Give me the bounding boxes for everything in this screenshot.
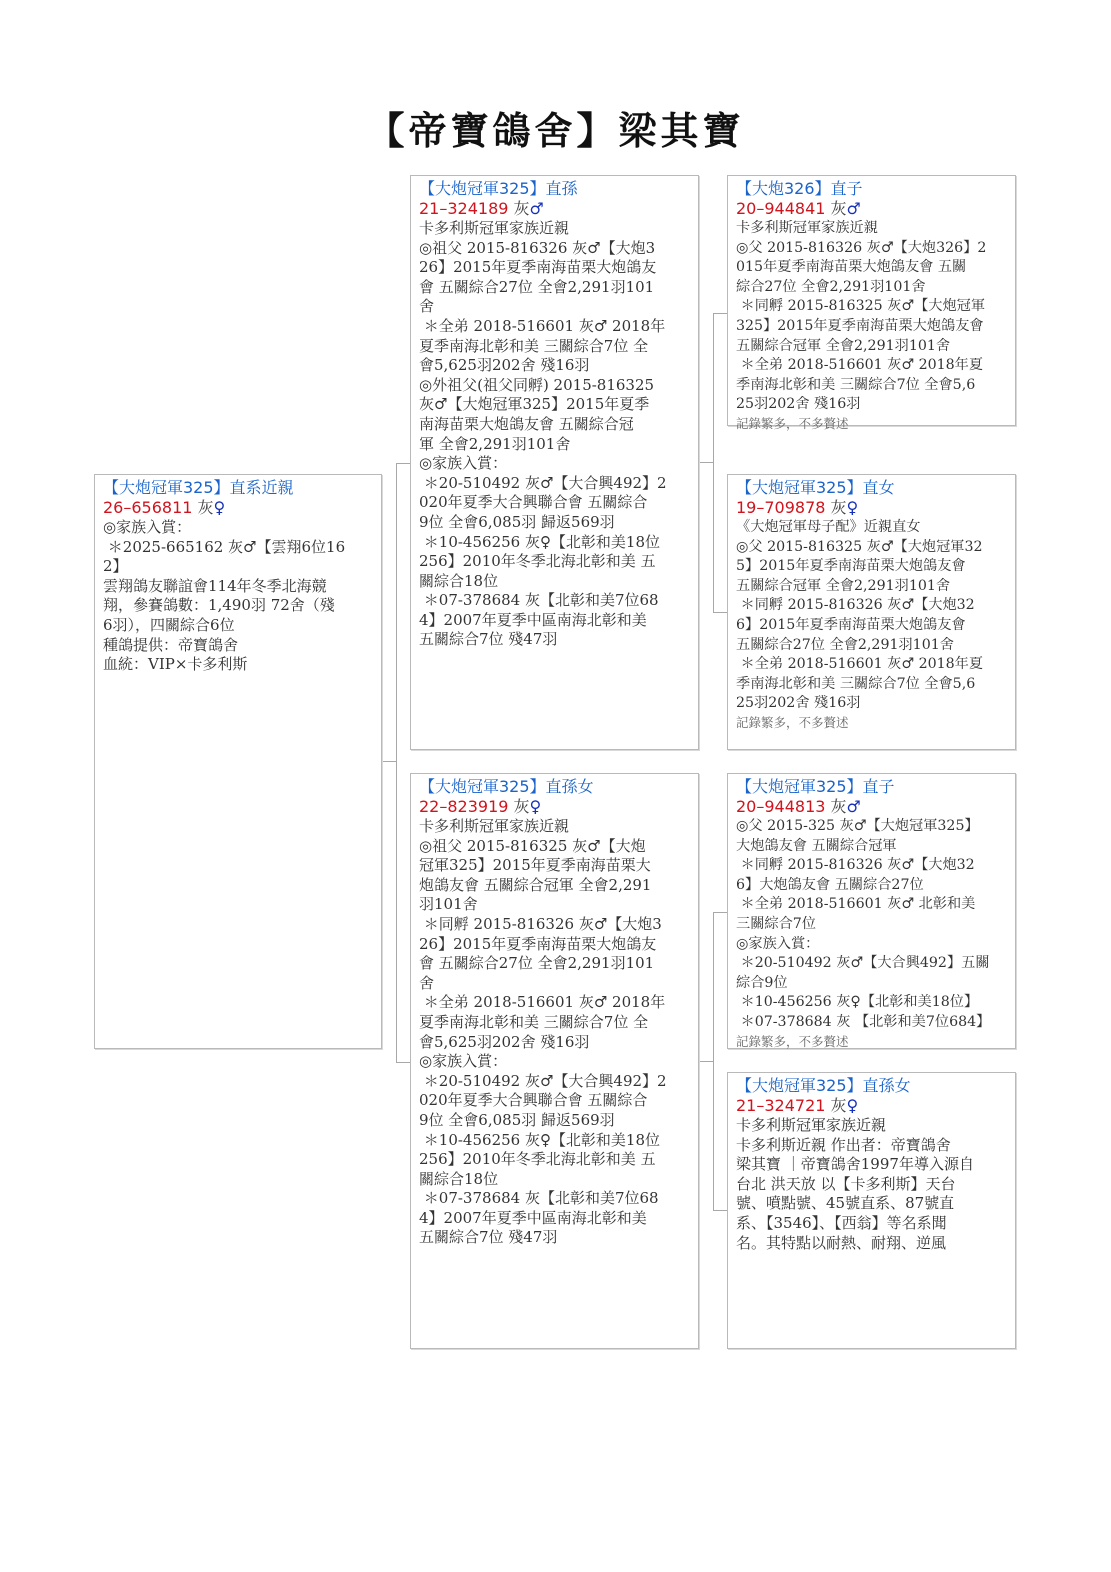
color-label: 灰 <box>831 797 847 816</box>
pedigree-card-dam-sire: 【大炮冠軍325】直子 20–944813 灰♂ ◎父 2015-325 灰♂【… <box>727 773 1016 1049</box>
ring-number: 21–324721 <box>736 1096 825 1115</box>
records-note: 記錄繁多，不多贅述 <box>736 714 1007 732</box>
text-line: 015年夏季南海苗栗大炮鴿友會 五關 <box>736 258 1007 278</box>
text-line: ＊同孵 2015-816326 灰♂【大炮32 <box>736 596 1007 616</box>
text-line: ＊2025-665162 灰♂【雲翔6位16 <box>103 538 373 558</box>
ring-number-line: 19–709878 灰♀ <box>736 498 1007 518</box>
text-line: 五關綜合冠軍 全會2,291羽101舍 <box>736 577 1007 597</box>
text-line: 號、噴點號、45號直系、87號直 <box>736 1194 1007 1214</box>
text-line: 5】2015年夏季南海苗栗大炮鴿友會 <box>736 557 1007 577</box>
card-body: 卡多利斯冠軍家族近親 ◎祖父 2015-816325 灰♂【大炮 冠軍325】2… <box>419 817 690 1248</box>
female-icon: ♀ <box>847 1096 859 1115</box>
text-line: 夏季南海北彰和美 三關綜合7位 全 <box>419 337 690 357</box>
pedigree-card-dam: 【大炮冠軍325】直孫女 22–823919 灰♀ 卡多利斯冠軍家族近親 ◎祖父… <box>410 773 699 1349</box>
text-line: 關綜合18位 <box>419 572 690 592</box>
text-line: ＊全弟 2018-516601 灰♂ 2018年 <box>419 317 690 337</box>
connector-to-dam-sire <box>713 912 727 913</box>
text-line: 冠軍325】2015年夏季南海苗栗大 <box>419 856 690 876</box>
ring-number: 26–656811 <box>103 498 192 517</box>
text-line: 羽101舍 <box>419 895 690 915</box>
color-label: 灰 <box>831 199 847 218</box>
text-line: 灰♂【大炮冠軍325】2015年夏季 <box>419 395 690 415</box>
text-line: 會 五關綜合27位 全會2,291羽101 <box>419 954 690 974</box>
text-line: ◎外祖父(祖父同孵) 2015-816325 <box>419 376 690 396</box>
female-icon: ♀ <box>847 498 859 517</box>
text-line: 6】2015年夏季南海苗栗大炮鴿友會 <box>736 616 1007 636</box>
text-line: ◎父 2015-325 灰♂【大炮冠軍325】 <box>736 817 1007 837</box>
pedigree-card-sire: 【大炮冠軍325】直孫 21–324189 灰♂ 卡多利斯冠軍家族近親 ◎祖父 … <box>410 175 699 750</box>
connector-to-dam-dam <box>713 1210 727 1211</box>
text-line: 台北 洪天放 以【卡多利斯】天台 <box>736 1175 1007 1195</box>
color-label: 灰 <box>514 199 530 218</box>
connector-sire-vertical <box>713 313 714 613</box>
connector-sire-out <box>698 462 713 463</box>
ring-number-line: 26–656811 灰♀ <box>103 498 373 518</box>
ring-number-line: 20–944813 灰♂ <box>736 797 1007 817</box>
page-title: 【帝寶鴿舍】梁其寶 <box>0 100 1111 155</box>
text-line: 9位 全會6,085羽 歸返569羽 <box>419 513 690 533</box>
text-line: 020年夏季大合興聯合會 五關綜合 <box>419 1091 690 1111</box>
text-line: ◎家族入賞： <box>103 518 373 538</box>
text-line: ＊20-510492 灰♂【大合興492】2 <box>419 474 690 494</box>
text-line: 種鴿提供：帝寶鴿舍 <box>103 636 373 656</box>
connector-dam-out <box>698 1061 713 1062</box>
card-header: 【大炮326】直子 <box>736 179 1007 199</box>
ring-number-line: 22–823919 灰♀ <box>419 797 690 817</box>
connector-subject-vertical <box>396 463 397 1063</box>
text-line: ＊20-510492 灰♂【大合興492】2 <box>419 1072 690 1092</box>
card-body: ◎父 2015-325 灰♂【大炮冠軍325】 大炮鴿友會 五關綜合冠軍 ＊同孵… <box>736 817 1007 1033</box>
male-icon: ♂ <box>847 199 861 218</box>
card-header: 【大炮冠軍325】直孫 <box>419 179 690 199</box>
connector-to-sire <box>396 463 410 464</box>
card-body: 《大炮冠軍母子配》近親直女 ◎父 2015-816325 灰♂【大炮冠軍32 5… <box>736 518 1007 714</box>
pedigree-card-subject: 【大炮冠軍325】直系近親 26–656811 灰♀ ◎家族入賞： ＊2025-… <box>94 474 382 1049</box>
text-line: 綜合9位 <box>736 974 1007 994</box>
ring-number: 19–709878 <box>736 498 825 517</box>
text-line: 26】2015年夏季南海苗栗大炮鴿友 <box>419 258 690 278</box>
text-line: ＊同孵 2015-816325 灰♂【大炮冠軍 <box>736 297 1007 317</box>
text-line: 翔，參賽鴿數：1,490羽 72舍（殘 <box>103 596 373 616</box>
text-line: 卡多利斯冠軍家族近親 <box>736 219 1007 239</box>
text-line: 9位 全會6,085羽 歸返569羽 <box>419 1111 690 1131</box>
text-line: 6羽），四關綜合6位 <box>103 616 373 636</box>
connector-to-dam <box>396 1062 410 1063</box>
text-line: 舍 <box>419 974 690 994</box>
card-header: 【大炮冠軍325】直系近親 <box>103 478 373 498</box>
color-label: 灰 <box>198 498 214 517</box>
text-line: 卡多利斯近親 作出者：帝寶鴿舍 <box>736 1136 1007 1156</box>
text-line: 關綜合18位 <box>419 1170 690 1190</box>
text-line: ◎家族入賞： <box>419 1052 690 1072</box>
text-line: 卡多利斯冠軍家族近親 <box>736 1116 1007 1136</box>
text-line: ＊全弟 2018-516601 灰♂ 2018年夏 <box>736 655 1007 675</box>
ring-number-line: 21–324189 灰♂ <box>419 199 690 219</box>
card-header: 【大炮冠軍325】直孫女 <box>419 777 690 797</box>
text-line: 25羽202舍 殘16羽 <box>736 395 1007 415</box>
text-line: ＊20-510492 灰♂【大合興492】五關 <box>736 954 1007 974</box>
text-line: ＊10-456256 灰♀【北彰和美18位 <box>419 533 690 553</box>
text-line: 季南海北彰和美 三關綜合7位 全會5,6 <box>736 675 1007 695</box>
text-line: 五關綜合冠軍 全會2,291羽101舍 <box>736 337 1007 357</box>
card-body: 卡多利斯冠軍家族近親 ◎父 2015-816326 灰♂【大炮326】2 015… <box>736 219 1007 415</box>
text-line: 卡多利斯冠軍家族近親 <box>419 817 690 837</box>
color-label: 灰 <box>831 1096 847 1115</box>
text-line: 020年夏季大合興聯合會 五關綜合 <box>419 493 690 513</box>
text-line: ＊全弟 2018-516601 灰♂ 北彰和美 <box>736 895 1007 915</box>
card-header: 【大炮冠軍325】直孫女 <box>736 1076 1007 1096</box>
female-icon: ♀ <box>214 498 226 517</box>
records-note: 記錄繁多，不多贅述 <box>736 1033 1007 1051</box>
text-line: ◎家族入賞： <box>736 935 1007 955</box>
text-line: 三關綜合7位 <box>736 915 1007 935</box>
text-line: 舍 <box>419 297 690 317</box>
text-line: ◎家族入賞： <box>419 454 690 474</box>
text-line: ◎祖父 2015-816326 灰♂【大炮3 <box>419 239 690 259</box>
text-line: 名。其特點以耐熱、耐翔、逆風 <box>736 1234 1007 1254</box>
card-header: 【大炮冠軍325】直女 <box>736 478 1007 498</box>
text-line: 雲翔鴿友聯誼會114年冬季北海競 <box>103 577 373 597</box>
text-line: 4】2007年夏季中區南海北彰和美 <box>419 1209 690 1229</box>
card-body: 卡多利斯冠軍家族近親 ◎祖父 2015-816326 灰♂【大炮3 26】201… <box>419 219 690 650</box>
text-line: 梁其寶 ｜帝寶鴿舍1997年導入源自 <box>736 1155 1007 1175</box>
female-icon: ♀ <box>530 797 542 816</box>
ring-number: 20–944841 <box>736 199 825 218</box>
text-line: ◎祖父 2015-816325 灰♂【大炮 <box>419 837 690 857</box>
records-note: 記錄繁多，不多贅述 <box>736 415 1007 433</box>
text-line: ＊全弟 2018-516601 灰♂ 2018年 <box>419 993 690 1013</box>
text-line: 五關綜合7位 殘47羽 <box>419 630 690 650</box>
text-line: 季南海北彰和美 三關綜合7位 全會5,6 <box>736 376 1007 396</box>
text-line: 256】2010年冬季北海北彰和美 五 <box>419 552 690 572</box>
text-line: 325】2015年夏季南海苗栗大炮鴿友會 <box>736 317 1007 337</box>
text-line: ＊10-456256 灰♀【北彰和美18位】 <box>736 993 1007 1013</box>
ring-number: 21–324189 <box>419 199 508 218</box>
ring-number: 22–823919 <box>419 797 508 816</box>
text-line: 綜合27位 全會2,291羽101舍 <box>736 278 1007 298</box>
text-line: ◎父 2015-816325 灰♂【大炮冠軍32 <box>736 538 1007 558</box>
text-line: ＊07-378684 灰 【北彰和美7位684】 <box>736 1013 1007 1033</box>
text-line: 會5,625羽202舍 殘16羽 <box>419 1033 690 1053</box>
text-line: 五關綜合27位 全會2,291羽101舍 <box>736 636 1007 656</box>
text-line: 炮鴿友會 五關綜合冠軍 全會2,291 <box>419 876 690 896</box>
text-line: 大炮鴿友會 五關綜合冠軍 <box>736 837 1007 857</box>
text-line: 25羽202舍 殘16羽 <box>736 694 1007 714</box>
text-line: ＊07-378684 灰【北彰和美7位68 <box>419 1189 690 1209</box>
ring-number-line: 20–944841 灰♂ <box>736 199 1007 219</box>
ring-number-line: 21–324721 灰♀ <box>736 1096 1007 1116</box>
text-line: 《大炮冠軍母子配》近親直女 <box>736 518 1007 538</box>
pedigree-card-sire-sire: 【大炮326】直子 20–944841 灰♂ 卡多利斯冠軍家族近親 ◎父 201… <box>727 175 1016 426</box>
male-icon: ♂ <box>847 797 861 816</box>
text-line: 6】大炮鴿友會 五關綜合27位 <box>736 876 1007 896</box>
text-line: 血統：VIP×卡多利斯 <box>103 655 373 675</box>
card-body: ◎家族入賞： ＊2025-665162 灰♂【雲翔6位16 2】 雲翔鴿友聯誼會… <box>103 518 373 675</box>
text-line: 夏季南海北彰和美 三關綜合7位 全 <box>419 1013 690 1033</box>
text-line: 系、【3546】、【西翁】等名系聞 <box>736 1214 1007 1234</box>
text-line: 4】2007年夏季中區南海北彰和美 <box>419 611 690 631</box>
connector-subject-out <box>381 761 396 762</box>
text-line: 26】2015年夏季南海苗栗大炮鴿友 <box>419 935 690 955</box>
text-line: ＊07-378684 灰【北彰和美7位68 <box>419 591 690 611</box>
text-line: 五關綜合7位 殘47羽 <box>419 1228 690 1248</box>
pedigree-card-dam-dam: 【大炮冠軍325】直孫女 21–324721 灰♀ 卡多利斯冠軍家族近親 卡多利… <box>727 1072 1016 1349</box>
text-line: 會5,625羽202舍 殘16羽 <box>419 356 690 376</box>
text-line: 會 五關綜合27位 全會2,291羽101 <box>419 278 690 298</box>
card-header: 【大炮冠軍325】直子 <box>736 777 1007 797</box>
male-icon: ♂ <box>530 199 544 218</box>
text-line: ＊同孵 2015-816326 灰♂【大炮3 <box>419 915 690 935</box>
color-label: 灰 <box>831 498 847 517</box>
text-line: ＊同孵 2015-816326 灰♂【大炮32 <box>736 856 1007 876</box>
card-body: 卡多利斯冠軍家族近親 卡多利斯近親 作出者：帝寶鴿舍 梁其寶 ｜帝寶鴿舍1997… <box>736 1116 1007 1253</box>
text-line: ＊10-456256 灰♀【北彰和美18位 <box>419 1131 690 1151</box>
connector-dam-vertical <box>713 912 714 1211</box>
connector-to-sire-dam <box>713 612 727 613</box>
text-line: 256】2010年冬季北海北彰和美 五 <box>419 1150 690 1170</box>
connector-to-sire-sire <box>713 313 727 314</box>
text-line: 卡多利斯冠軍家族近親 <box>419 219 690 239</box>
text-line: 軍 全會2,291羽101舍 <box>419 435 690 455</box>
ring-number: 20–944813 <box>736 797 825 816</box>
text-line: ＊全弟 2018-516601 灰♂ 2018年夏 <box>736 356 1007 376</box>
text-line: 2】 <box>103 557 373 577</box>
text-line: 南海苗栗大炮鴿友會 五關綜合冠 <box>419 415 690 435</box>
pedigree-card-sire-dam: 【大炮冠軍325】直女 19–709878 灰♀ 《大炮冠軍母子配》近親直女 ◎… <box>727 474 1016 750</box>
color-label: 灰 <box>514 797 530 816</box>
text-line: ◎父 2015-816326 灰♂【大炮326】2 <box>736 239 1007 259</box>
